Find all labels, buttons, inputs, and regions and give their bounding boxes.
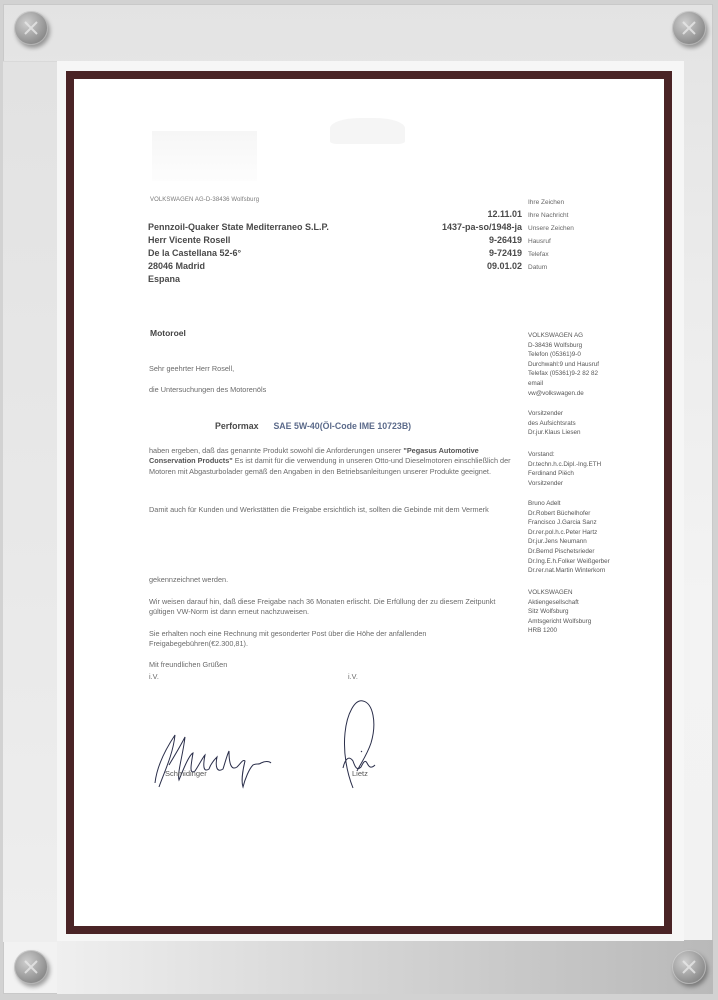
recipient-person: Herr Vicente Rosell [148,234,329,247]
sidebar-email-label: email [528,379,599,389]
ref-telefax-value: 9-72419 [400,247,522,260]
sidebar-direct-dial: Durchwahl:9 und Hausruf [528,360,599,370]
signatory-right-name: Lietz [352,769,368,778]
sidebar-member: Dr.jur.Jens Neumann [528,537,610,547]
recipient-address: Pennzoil-Quaker State Mediterraneo S.L.P… [148,221,329,286]
sidebar-member: Dr.Ing.E.h.Folker Weißgerber [528,557,610,567]
signatory-left-name: Schmidinger [165,769,207,778]
sidebar-email: vw@volkswagen.de [528,389,599,399]
sidebar-member: Dr.rer.nat.Martin Winterkorn [528,566,610,576]
sidebar-registry: VOLKSWAGEN Aktiengesellschaft Sitz Wolfs… [528,588,591,636]
ref-ihre-nachricht-value: 12.11.01 [400,208,522,221]
screw-icon [672,950,706,984]
sidebar-board: Vorstand: Dr.techn.h.c.Dipl.-Ing.ETH Fer… [528,450,601,488]
ref-datum-label: Datum [528,261,574,274]
reference-labels: Ihre Zeichen Ihre Nachricht Unsere Zeich… [528,196,574,274]
signature-lietz-icon [335,693,385,793]
sidebar-member: Bruno Adelt [528,499,610,509]
paragraph-marking: Damit auch für Kunden und Werkstätten di… [149,505,517,515]
paragraph-invoice: Sie erhalten noch eine Rechnung mit geso… [149,629,517,650]
reference-values: 12.11.01 1437-pa-so/1948-ja 9-26419 9-72… [400,208,522,273]
sidebar-line: Vorsitzender [528,409,581,419]
sidebar-line: Vorstand: [528,450,601,460]
ref-hausruf-label: Hausruf [528,235,574,248]
product-line: Performax SAE 5W-40(Öl-Code IME 10723B) [215,421,411,431]
product-name: Performax [215,421,259,431]
sidebar-line: Vorsitzender [528,479,601,489]
sidebar-line: Sitz Wolfsburg [528,607,591,617]
recipient-city: 28046 Madrid [148,260,329,273]
sidebar-member: Dr.Robert Büchelhofer [528,509,610,519]
sidebar-line: Dr.jur.Klaus Liesen [528,428,581,438]
intro-line: die Untersuchungen des Motorenöls [149,385,266,395]
paragraph-approval-start: haben ergeben, daß das genannte Produkt … [149,446,403,455]
sidebar-line: Dr.techn.h.c.Dipl.-Ing.ETH [528,460,601,470]
paragraph-expiry: Wir weisen darauf hin, daß diese Freigab… [149,597,517,618]
sidebar-phone: Telefon (05361)9-0 [528,350,599,360]
sidebar-company-block: VOLKSWAGEN AG D-38436 Wolfsburg Telefon … [528,331,599,398]
ref-unsere-zeichen-label: Unsere Zeichen [528,222,574,235]
sidebar-member: Dr.rer.pol.h.c.Peter Hartz [528,528,610,538]
iv-left: i.V. [149,672,159,682]
sender-return-address: VOLKSWAGEN AG-D-38436 Wolfsburg [150,197,259,203]
iv-right: i.V. [348,672,358,682]
sidebar-line: Amtsgericht Wolfsburg [528,617,591,627]
salutation: Sehr geehrter Herr Rosell, [149,364,234,374]
sidebar-fax: Telefax (05361)9-2 82 82 [528,369,599,379]
faded-letterhead-mark [330,118,405,144]
ref-ihre-zeichen-label: Ihre Zeichen [528,196,574,209]
screw-icon [14,950,48,984]
ref-hausruf-value: 9-26419 [400,234,522,247]
sidebar-line: des Aufsichtsrats [528,419,581,429]
sidebar-company-city: D-38436 Wolfsburg [528,341,599,351]
sidebar-line: VOLKSWAGEN [528,588,591,598]
sidebar-line: Ferdinand Piëch [528,469,601,479]
closing: Mit freundlichen Grüßen [149,660,227,670]
signature-schmidinger-icon [145,725,275,795]
recipient-country: Espana [148,273,329,286]
screw-icon [672,11,706,45]
recipient-street: De la Castellana 52-6° [148,247,329,260]
sidebar-line: Aktiengesellschaft [528,598,591,608]
sidebar-member: Dr.Bernd Pischetsrieder [528,547,610,557]
faded-letterhead-logo [152,131,257,181]
sidebar-member: Francisco J.Garcia Sanz [528,518,610,528]
paragraph-labeled: gekennzeichnet werden. [149,575,228,585]
sidebar-supervisory-board: Vorsitzender des Aufsichtsrats Dr.jur.Kl… [528,409,581,438]
frame-bottom-edge [57,940,713,994]
ref-unsere-zeichen-value: 1437-pa-so/1948-ja [400,221,522,234]
ref-ihre-nachricht-label: Ihre Nachricht [528,209,574,222]
sidebar-board-members: Bruno Adelt Dr.Robert Büchelhofer Franci… [528,499,610,576]
sidebar-line: HRB 1200 [528,626,591,636]
product-spec: SAE 5W-40(Öl-Code IME 10723B) [273,421,411,431]
ref-datum-value: 09.01.02 [400,260,522,273]
sidebar-company-name: VOLKSWAGEN AG [528,331,599,341]
letter-subject: Motoroel [150,328,186,338]
frame-left-edge [3,61,57,942]
recipient-company: Pennzoil-Quaker State Mediterraneo S.L.P… [148,221,329,234]
paragraph-approval: haben ergeben, daß das genannte Produkt … [149,446,517,477]
screw-icon [14,11,48,45]
ref-telefax-label: Telefax [528,248,574,261]
